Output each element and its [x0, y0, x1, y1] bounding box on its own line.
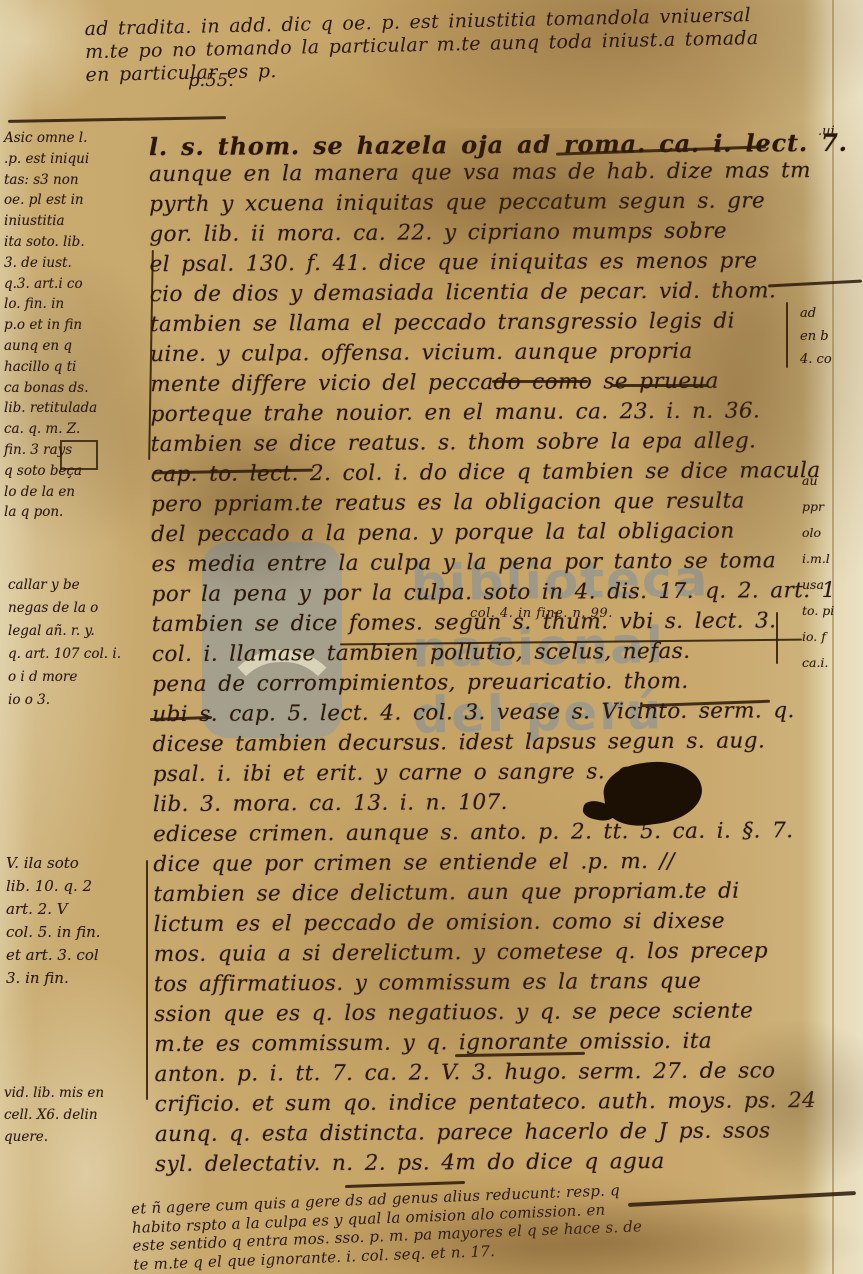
main-text-block: l. s. thom. se hazela oja ad roma. ca. i…: [149, 128, 855, 1182]
margin-line: 3. de iust.: [4, 253, 150, 274]
margin-line: et art. 3. col: [6, 944, 152, 967]
text-line: tambien se dice delictum. aun que propri…: [153, 878, 853, 912]
text-line: m.te es commissum. y q. ignorante omissi…: [154, 1028, 854, 1062]
margin-line: lo. fin. in: [4, 294, 150, 315]
margin-line: hacillo q ti: [4, 357, 150, 378]
ink-stroke: [8, 116, 226, 123]
text-line: crificio. et sum qo. indice pentateco. a…: [155, 1088, 855, 1122]
margin-line: q.3. art.i co: [4, 274, 150, 295]
margin-line: Asic omne l.: [4, 128, 150, 149]
text-line: el psal. 130. f. 41. dice que iniquitas …: [150, 248, 850, 282]
text-line: pena de corrompimientos, preuaricatio. t…: [152, 668, 852, 702]
text-line: dicese tambien decursus. idest lapsus se…: [152, 728, 852, 762]
text-line: tos affirmatiuos. y commissum es la tran…: [154, 968, 854, 1002]
margin-line: ca bonas ds.: [4, 378, 150, 399]
text-line: dice que por crimen se entiende el .p. m…: [153, 848, 853, 882]
margin-line: negas de la o: [8, 597, 154, 620]
text-line: porteque trahe nouior. en el manu. ca. 2…: [150, 398, 850, 432]
margin-line: ca. q. m. Z.: [4, 419, 150, 440]
margin-line: 3. in fin.: [6, 967, 152, 990]
text-line: uine. y culpa. offensa. vicium. aunque p…: [150, 338, 850, 372]
ink-bracket: [776, 612, 778, 664]
left-margin-notes-soto: V. ila sotolib. 10. q. 2art. 2. Vcol. 5.…: [6, 852, 152, 990]
interline-citation: col. 4. in fine. n. 99.: [470, 606, 613, 621]
text-line: del peccado a la pena. y porque la tal o…: [151, 518, 851, 552]
margin-line: oe. pl est in: [4, 190, 150, 211]
text-line: cio de dios y demasiada licentia de peca…: [150, 278, 850, 312]
ink-stroke: [612, 384, 708, 387]
text-line: ssion que es q. los negatiuos. y q. se p…: [154, 998, 854, 1032]
text-line: mente differe vicio del peccado como se …: [150, 368, 850, 402]
margin-line: art. 2. V: [6, 898, 152, 921]
paragraph-mark: p.55.: [188, 70, 234, 91]
closing-note-block: et ñ agere cum quis a gere ds ad genus a…: [131, 1172, 853, 1274]
margin-line: aunq en q: [4, 336, 150, 357]
margin-line: q. art. 107 col. i.: [8, 643, 154, 666]
margin-line: legal añ. r. y.: [8, 620, 154, 643]
margin-line: iniustitia: [4, 211, 150, 232]
text-line: lib. 3. mora. ca. 13. i. n. 107.: [153, 788, 853, 822]
ink-box: [60, 440, 98, 470]
text-line: cap. to. lect. 2. col. i. do dice q tamb…: [151, 458, 851, 492]
ink-bracket: [786, 302, 788, 368]
text-line: l. s. thom. se hazela oja ad roma. ca. i…: [149, 128, 849, 162]
margin-line: lib. 10. q. 2: [6, 875, 152, 898]
margin-line: o i d more: [8, 666, 154, 689]
left-margin-notes-mid: callar y benegas de la olegal añ. r. y.q…: [8, 574, 154, 712]
text-line: pyrth y xcuena iniquitas que peccatum se…: [149, 188, 849, 222]
text-line: psal. i. ibi et erit. y carne o sangre s…: [153, 758, 853, 792]
text-line: es media entre la culpa y la pena por ta…: [151, 548, 851, 582]
margin-line: la q pon.: [4, 502, 150, 523]
text-line: tambien se dice reatus. s. thom sobre la…: [151, 428, 851, 462]
ink-bracket: [146, 860, 148, 1100]
text-line: gor. lib. ii mora. ca. 22. y cipriano mu…: [149, 218, 849, 252]
manuscript-page: biblioteca nacional del perú ad tradita.…: [0, 0, 863, 1274]
margin-line: lo de la en: [4, 482, 150, 503]
margin-line: ita soto. lib.: [4, 232, 150, 253]
margin-line: io o 3.: [8, 689, 154, 712]
margin-line: p.o et in fin: [4, 315, 150, 336]
text-line: anton. p. i. tt. 7. ca. 2. V. 3. hugo. s…: [154, 1058, 854, 1092]
margin-line: callar y be: [8, 574, 154, 597]
margin-line: cell. X6. delin: [4, 1104, 154, 1126]
text-line: mos. quia a si derelictum. y cometese q.…: [154, 938, 854, 972]
text-line: lictum es el peccado de omision. como si…: [154, 908, 854, 942]
margin-line: lib. retitulada: [4, 398, 150, 419]
margin-line: quere.: [4, 1126, 154, 1148]
left-margin-notes-bottom: vid. lib. mis encell. X6. delinquere.: [4, 1082, 154, 1148]
text-line: pero ppriam.te reatus es la obligacion q…: [151, 488, 851, 522]
text-line: aunque en la manera que vsa mas de hab. …: [149, 158, 849, 192]
ink-stroke: [492, 380, 588, 383]
margin-line: tas: s3 non: [4, 170, 150, 191]
text-line: aunq. q. esta distincta. parece hacerlo …: [155, 1118, 855, 1152]
margin-line: col. 5. in fin.: [6, 921, 152, 944]
margin-line: V. ila soto: [6, 852, 152, 875]
margin-line: .p. est iniqui: [4, 149, 150, 170]
text-line: edicese crimen. aunque s. anto. p. 2. tt…: [153, 818, 853, 852]
margin-line: vid. lib. mis en: [4, 1082, 154, 1104]
text-line: tambien se llama el peccado transgressio…: [150, 308, 850, 342]
